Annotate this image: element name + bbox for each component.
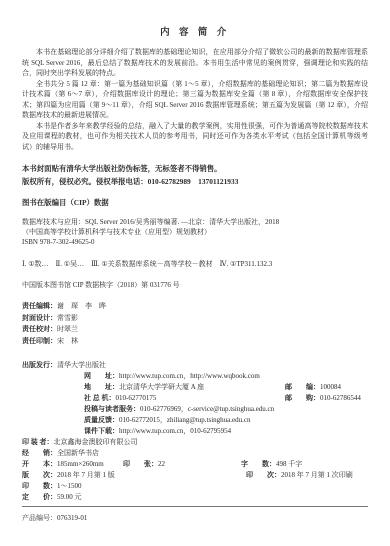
wordcount-value: 498 千字 bbox=[276, 459, 302, 470]
publisher-row: 出版发行： 清华大学出版社 bbox=[22, 360, 368, 371]
website-row: 网 址： http://www.tup.com.cn，http://www.wq… bbox=[22, 371, 368, 382]
printer-name: 北京鑫海金澳胶印有限公司 bbox=[54, 437, 138, 448]
staff-value: 宋 林 bbox=[57, 336, 78, 348]
staff-row-cover-design: 封面设计： 常雪影 bbox=[22, 313, 368, 325]
staff-row-editor: 责任编辑： 谢 琛 李 晔 bbox=[22, 301, 368, 313]
intro-paragraph-3: 本书是作者多年来教学经验的总结，融入了大量的教学案例，实用性很强，可作为普通高等… bbox=[22, 121, 368, 153]
edition-label: 版 次： bbox=[22, 470, 57, 481]
impression-value: 2018 年 7 月第 1 次印刷 bbox=[281, 470, 353, 481]
website-label: 网 址： bbox=[84, 371, 119, 382]
distributor-row: 经 销： 全国新华书店 bbox=[22, 448, 368, 459]
price-label: 定 价： bbox=[22, 492, 57, 503]
cip-title-line: 数据库技术与应用：SQL Server 2016/吴秀丽等编著. —北京：清华大… bbox=[22, 217, 368, 227]
switchboard-row: 社 总 机： 010-62770175 邮 购： 010-62786544 bbox=[22, 393, 368, 404]
courseware-contact: http://www.tup.com.cn，010-62795954 bbox=[119, 426, 231, 437]
intro-paragraph-1: 本书在基础理论部分详细介绍了数据库的基础理论知识，在应用部分介绍了微软公司的最新… bbox=[22, 47, 368, 79]
switchboard-phone: 010-62770175 bbox=[116, 393, 157, 404]
format-label: 开 本： bbox=[22, 459, 57, 470]
format-row: 开 本： 185mm×260mm 印 张： 22 字 数： 498 千字 bbox=[22, 459, 368, 470]
print-run-value: 1～1500 bbox=[57, 481, 82, 492]
staff-label: 责任编辑： bbox=[22, 301, 57, 313]
sheets-label: 印 张： bbox=[123, 459, 158, 470]
distributor-label: 经 销： bbox=[22, 448, 57, 459]
cip-classification: Ⅰ. ①数… Ⅱ. ①吴… Ⅲ. ①关系数据库系统－高等学校－教材 Ⅳ. ①TP… bbox=[22, 259, 368, 269]
wordcount-label: 字 数： bbox=[241, 459, 276, 470]
postcode-value: 100084 bbox=[320, 382, 368, 393]
publisher-label: 出版发行： bbox=[22, 360, 57, 371]
publisher-name: 清华大学出版社 bbox=[57, 360, 106, 371]
copyright-page: 内 容 简 介 本书在基础理论部分详细介绍了数据库的基础理论知识，在应用部分介绍… bbox=[0, 0, 390, 546]
mail-order-phone: 010-62786544 bbox=[320, 393, 368, 404]
price-row: 定 价： 59.00 元 bbox=[22, 492, 368, 503]
product-number-row: 产品编号：076319-01 bbox=[22, 513, 368, 523]
publishing-info: 出版发行： 清华大学出版社 网 址： http://www.tup.com.cn… bbox=[22, 360, 368, 503]
staff-credits: 责任编辑： 谢 琛 李 晔 封面设计： 常雪影 责任校对： 时翠兰 责任印制： … bbox=[22, 301, 368, 347]
print-run-label: 印 数： bbox=[22, 481, 57, 492]
address-label: 地 址： bbox=[84, 382, 119, 393]
product-number-value: 076319-01 bbox=[57, 514, 87, 522]
page-title: 内 容 简 介 bbox=[22, 24, 368, 38]
edition-row: 版 次： 2018 年 7 月第 1 版 印 次： 2018 年 7 月第 1 … bbox=[22, 470, 368, 481]
distributor-name: 全国新华书店 bbox=[57, 448, 99, 459]
product-number-label: 产品编号： bbox=[22, 514, 57, 522]
reader-service-contact: 010-62776969，c-service@tup.tsinghua.edu.… bbox=[140, 404, 274, 415]
postcode-label: 邮 编： bbox=[285, 382, 320, 393]
address-value: 北京清华大学学研大厦 A 座 bbox=[119, 382, 204, 393]
staff-label: 封面设计： bbox=[22, 313, 57, 325]
staff-row-proofreader: 责任校对： 时翠兰 bbox=[22, 324, 368, 336]
staff-label: 责任印制： bbox=[22, 336, 57, 348]
spacer bbox=[204, 382, 285, 393]
quality-feedback-row: 质量反馈： 010-62772015，zhiliang@tup.tsinghua… bbox=[22, 415, 368, 426]
staff-value: 时翠兰 bbox=[57, 324, 78, 336]
printer-row: 印 装 者： 北京鑫海金澳胶印有限公司 bbox=[22, 437, 368, 448]
footer-divider bbox=[22, 506, 368, 507]
anti-piracy-line: 本书封面贴有清华大学出版社防伪标签，无标签者不得销售。 bbox=[22, 162, 368, 175]
courseware-row: 课件下载： http://www.tup.com.cn，010-62795954 bbox=[22, 426, 368, 437]
isbn-line: ISBN 978-7-302-49625-0 bbox=[22, 237, 368, 247]
staff-row-print-supervisor: 责任印制： 宋 林 bbox=[22, 336, 368, 348]
anti-piracy-notice: 本书封面贴有清华大学出版社防伪标签，无标签者不得销售。 版权所有，侵权必究。侵权… bbox=[22, 162, 368, 188]
website-urls: http://www.tup.com.cn，http://www.wqbook.… bbox=[119, 371, 260, 382]
copyright-line: 版权所有，侵权必究。侵权举报电话：010-62782989 1370112193… bbox=[22, 175, 368, 188]
impression-label: 印 次： bbox=[246, 470, 281, 481]
cip-header: 图书在版编目（CIP）数据 bbox=[22, 197, 368, 208]
address-row: 地 址： 北京清华大学学研大厦 A 座 邮 编： 100084 bbox=[22, 382, 368, 393]
courseware-label: 课件下载： bbox=[84, 426, 119, 437]
reader-service-label: 投稿与读者服务： bbox=[84, 404, 140, 415]
staff-value: 常雪影 bbox=[57, 313, 78, 325]
switchboard-label: 社 总 机： bbox=[84, 393, 116, 404]
cip-series-line: （中国高等学校计算机科学与技术专业（应用型）规划教材） bbox=[22, 227, 368, 237]
intro-paragraph-2: 全书共分 5 篇 12 章：第一篇为基础知识篇（第 1～5 章），介绍数据库的基… bbox=[22, 79, 368, 121]
price-value: 59.00 元 bbox=[57, 492, 82, 503]
printer-label: 印 装 者： bbox=[22, 437, 54, 448]
sheets-value: 22 bbox=[158, 459, 241, 470]
staff-label: 责任校对： bbox=[22, 324, 57, 336]
format-value: 185mm×260mm bbox=[57, 459, 123, 470]
cip-body: 数据库技术与应用：SQL Server 2016/吴秀丽等编著. —北京：清华大… bbox=[22, 217, 368, 247]
content-summary: 本书在基础理论部分详细介绍了数据库的基础理论知识，在应用部分介绍了微软公司的最新… bbox=[22, 47, 368, 152]
mail-order-label: 邮 购： bbox=[285, 393, 320, 404]
reader-service-row: 投稿与读者服务： 010-62776969，c-service@tup.tsin… bbox=[22, 404, 368, 415]
staff-value: 谢 琛 李 晔 bbox=[57, 301, 106, 313]
cip-record-number: 中国版本图书馆 CIP 数据核字（2018）第 031776 号 bbox=[22, 280, 368, 290]
quality-feedback-contact: 010-62772015，zhiliang@tup.tsinghua.edu.c… bbox=[119, 415, 250, 426]
quality-feedback-label: 质量反馈： bbox=[84, 415, 119, 426]
edition-value: 2018 年 7 月第 1 版 bbox=[57, 470, 246, 481]
spacer bbox=[156, 393, 285, 404]
print-run-row: 印 数： 1～1500 bbox=[22, 481, 368, 492]
